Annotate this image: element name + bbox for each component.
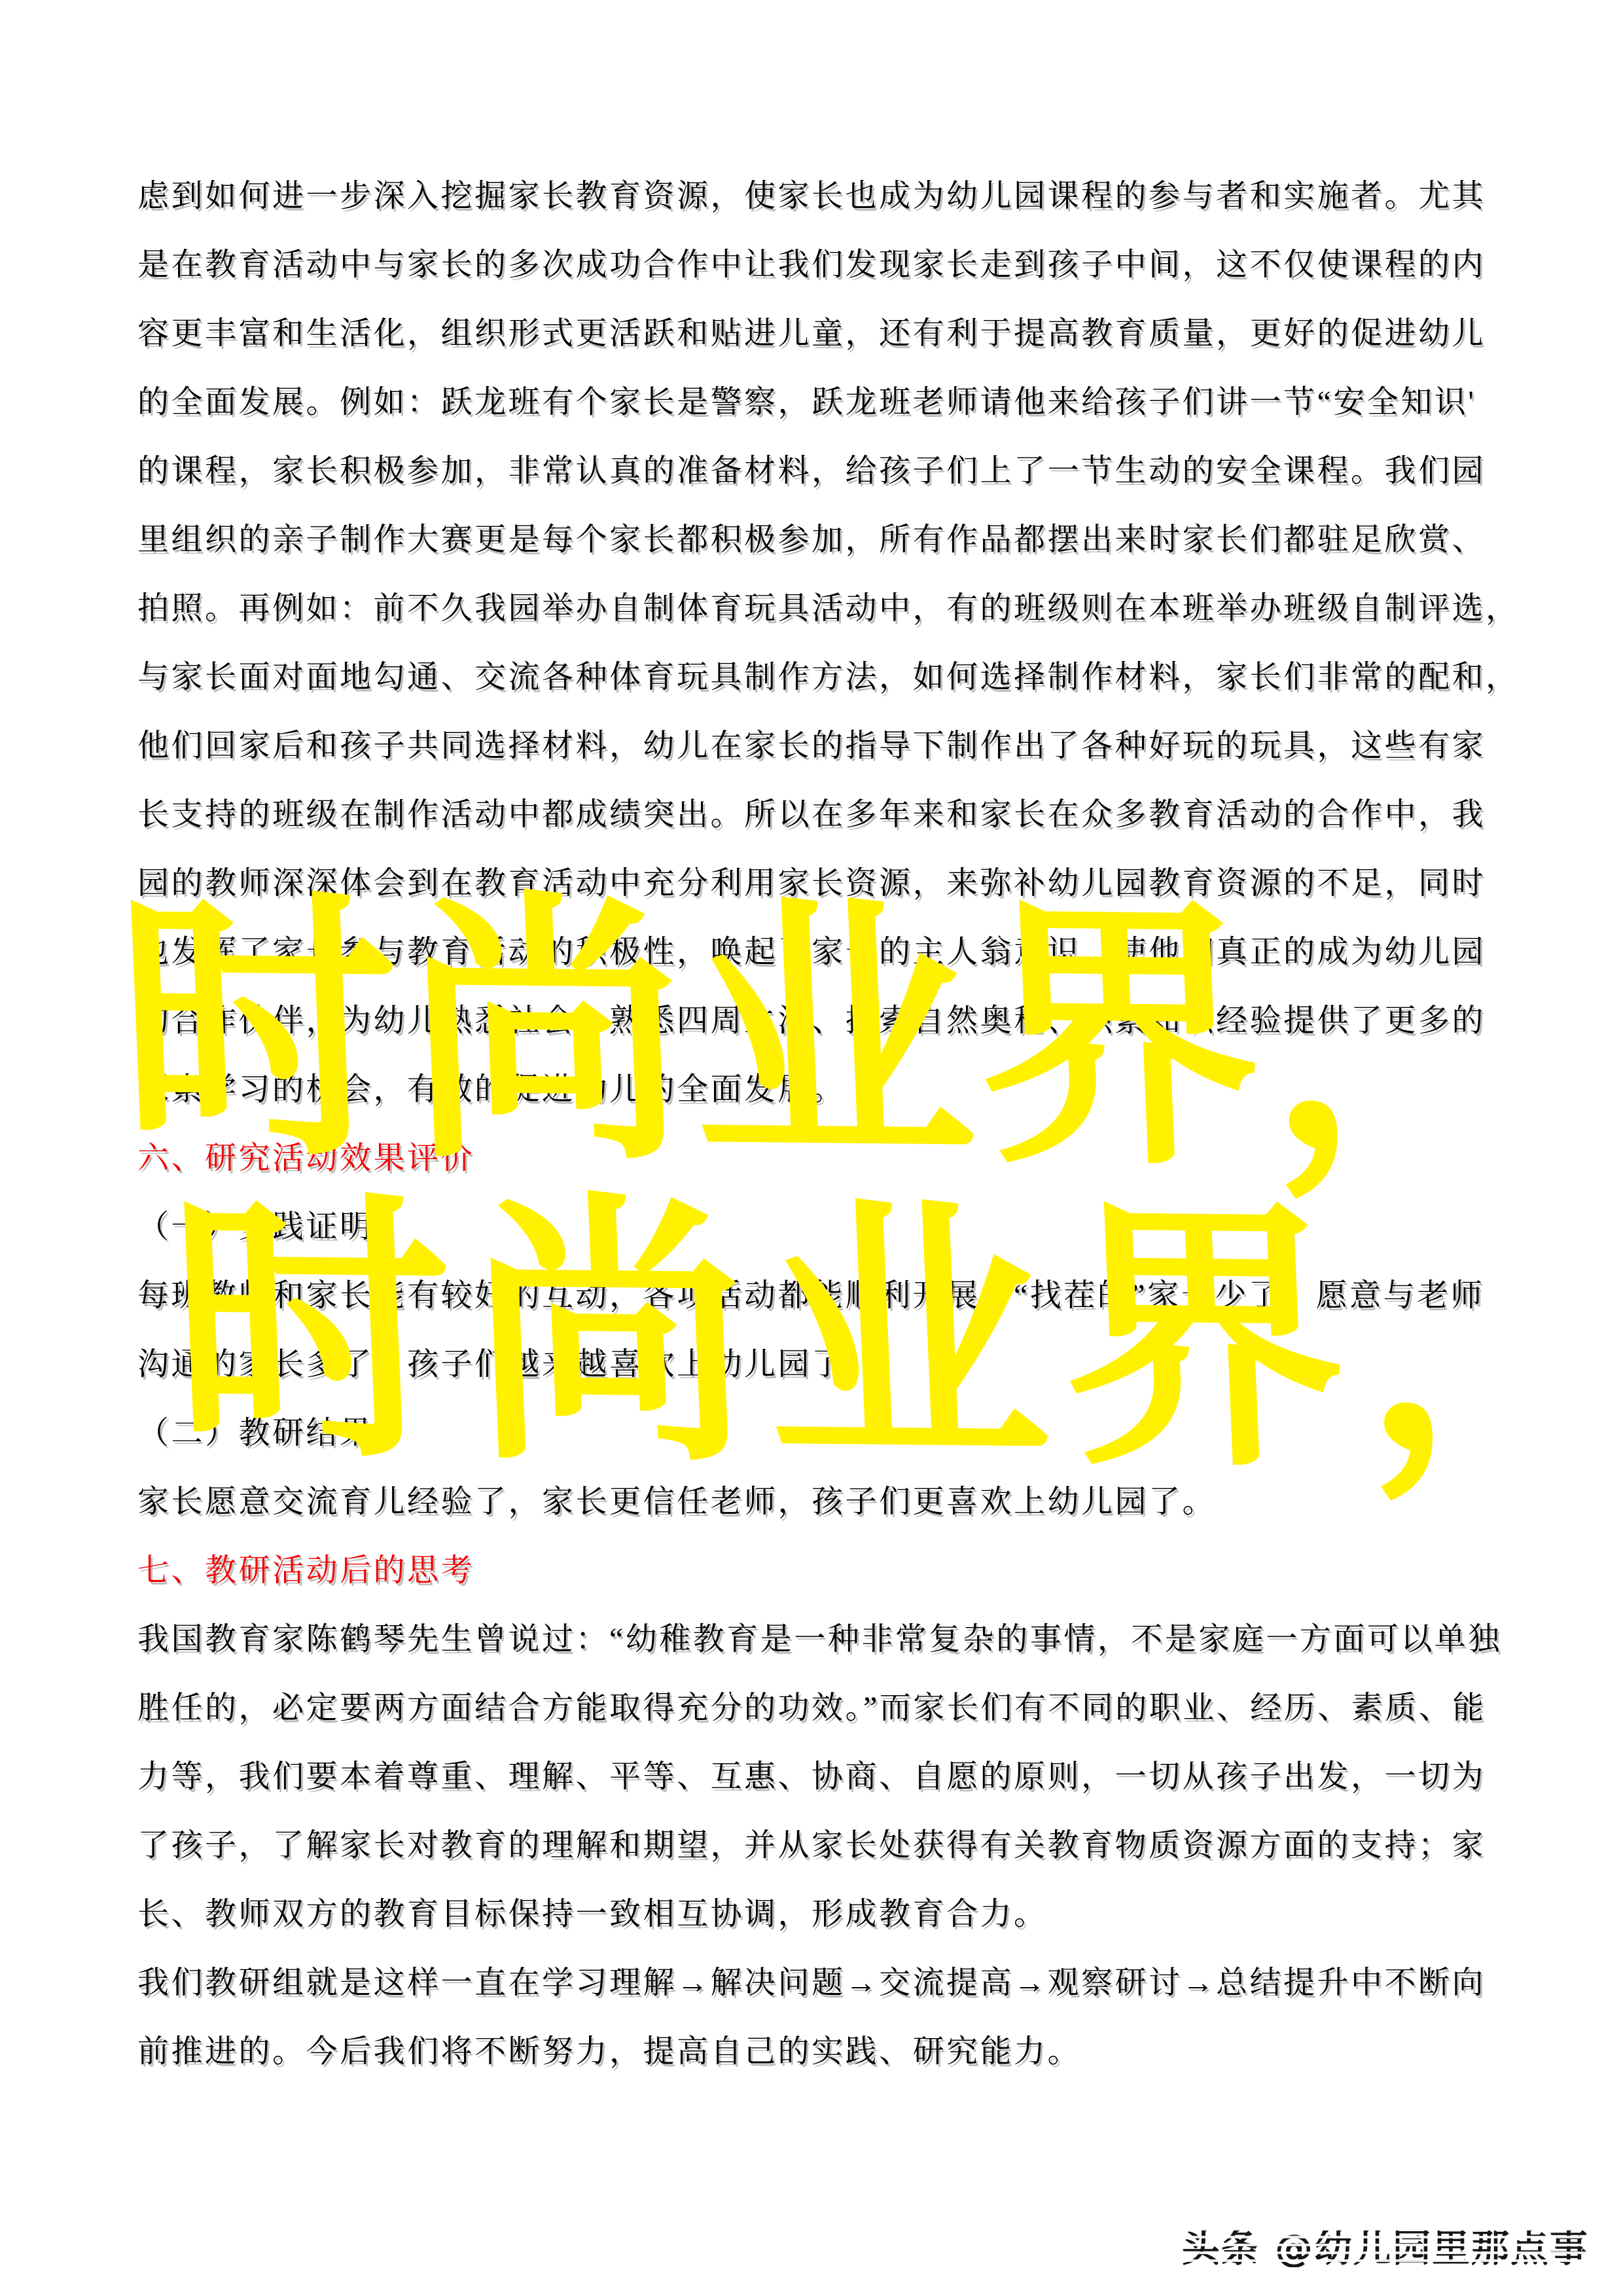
- watermark-text: 时尚业界， 时尚业界，: [111, 878, 1623, 1496]
- watermark-row-1: 时尚业界，: [111, 878, 1623, 1195]
- document-line: 胜任的，必定要两方面结合方能取得充分的功效。”而家长们有不同的职业、经历、素质、…: [137, 1674, 1499, 1742]
- document-line: 力等，我们要本着尊重、理解、平等、互惠、协商、自愿的原则，一切从孩子出发，一切为: [137, 1742, 1499, 1811]
- document-line: 拍照。再例如：前不久我园举办自制体育玩具活动中，有的班级则在本班举办班级自制评选…: [137, 574, 1499, 643]
- document-line: 虑到如何进一步深入挖掘家长教育资源，使家长也成为幼儿园课程的参与者和实施者。尤其: [137, 162, 1499, 230]
- document-line: 容更丰富和生活化，组织形式更活跃和贴进儿童，还有利于提高教育质量，更好的促进幼儿: [137, 299, 1499, 368]
- document-line: 他们回家后和孩子共同选择材料，幼儿在家长的指导下制作出了各种好玩的玩具，这些有家: [137, 711, 1499, 780]
- document-line: 是在教育活动中与家长的多次成功合作中让我们发现家长走到孩子中间，这不仅使课程的内: [137, 230, 1499, 299]
- document-line: 前推进的。今后我们将不断努力，提高自己的实践、研究能力。: [137, 2017, 1499, 2086]
- document-line: 长支持的班级在制作活动中都成绩突出。所以在多年来和家长在众多教育活动的合作中，我: [137, 780, 1499, 849]
- document-line: 长、教师双方的教育目标保持一致相互协调，形成教育合力。: [137, 1880, 1499, 1948]
- document-line: 的全面发展。例如：跃龙班有个家长是警察，跃龙班老师请他来给孩子们讲一节“安全知识…: [137, 368, 1499, 437]
- document-line: 了孩子，了解家长对教育的理解和期望，并从家长处获得有关教育物质资源方面的支持；家: [137, 1811, 1499, 1880]
- watermark-row-2: 时尚业界，: [164, 1180, 1623, 1497]
- document-line: 里组织的亲子制作大赛更是每个家长都积极参加，所有作品都摆出来时家长们都驻足欣赏、: [137, 505, 1499, 574]
- document-line: 我国教育家陈鹤琴先生曾说过：“幼稚教育是一种非常复杂的事情，不是家庭一方面可以单…: [137, 1605, 1499, 1674]
- document-page: 虑到如何进一步深入挖掘家长教育资源，使家长也成为幼儿园课程的参与者和实施者。尤其…: [0, 0, 1623, 2296]
- toutiao-credit: 头条 @幼儿园里那点事: [1182, 2217, 1589, 2272]
- document-line: 与家长面对面地勾通、交流各种体育玩具制作方法，如何选择制作材料，家长们非常的配和…: [137, 643, 1499, 711]
- document-line: 的课程，家长积极参加，非常认真的准备材料，给孩子们上了一节生动的安全课程。我们园: [137, 437, 1499, 505]
- section-heading: 七、教研活动后的思考: [137, 1536, 1499, 1605]
- document-line: 我们教研组就是这样一直在学习理解→解决问题→交流提高→观察研讨→总结提升中不断向: [137, 1948, 1499, 2017]
